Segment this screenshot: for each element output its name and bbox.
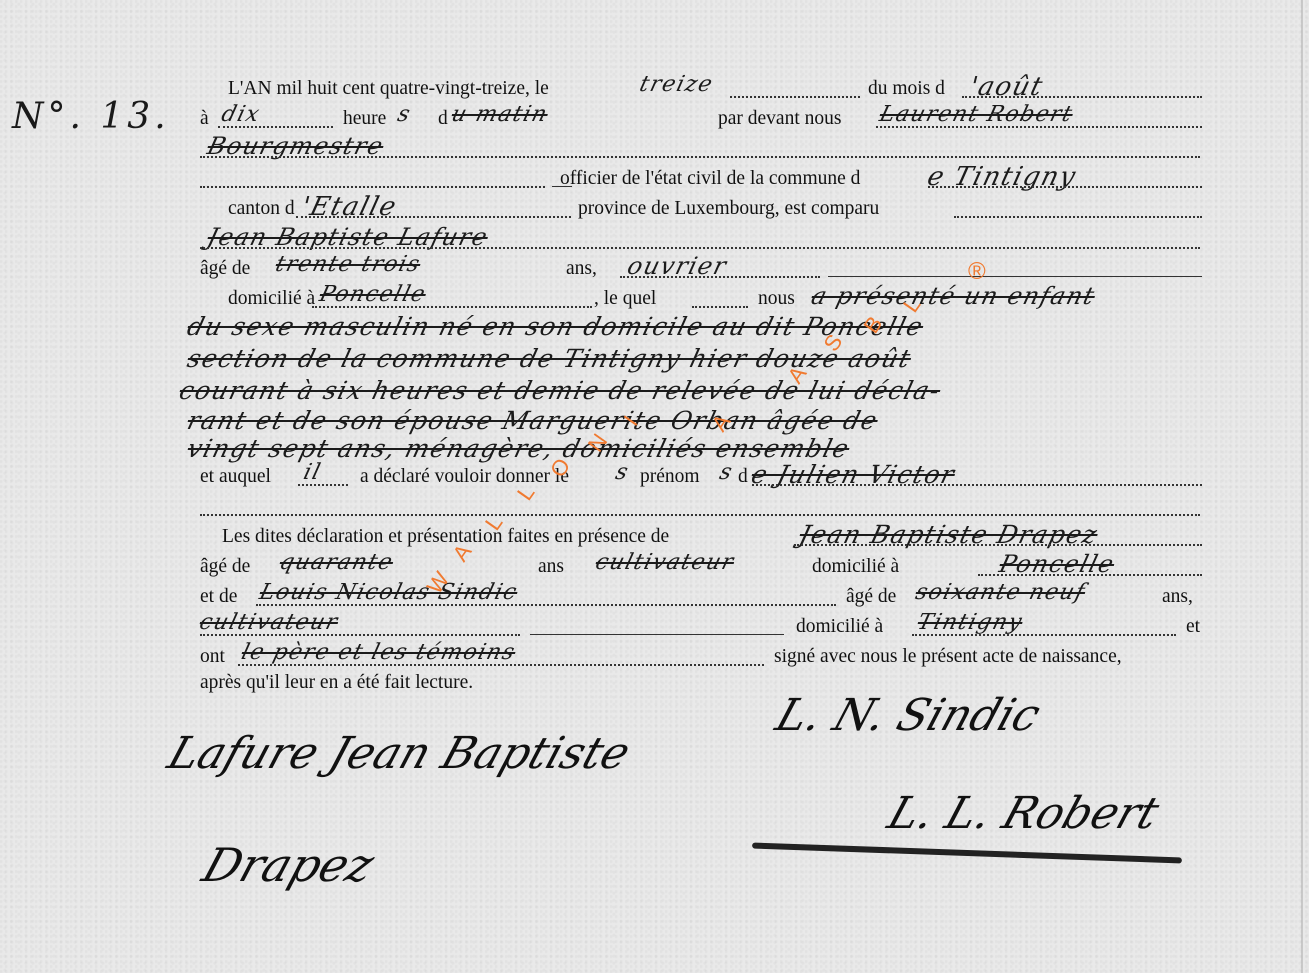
line-witness2-domicile: cultivateur domicilié à Tintigny et — [200, 612, 1205, 642]
handwritten-witness2-profession: cultivateur — [197, 610, 341, 635]
dotted-rule — [312, 306, 592, 308]
printed-text: a déclaré vouloir donner le — [360, 466, 569, 488]
birth-certificate-page: N°. 13. L'AN mil huit cent quatre-vingt-… — [0, 0, 1309, 973]
dotted-rule — [296, 216, 571, 218]
handwritten-period: u matin — [449, 102, 551, 127]
printed-text: domicilié à — [796, 616, 883, 638]
line-reading: après qu'il leur en a été fait lecture. — [200, 668, 1205, 698]
line-given-names: et auquel il a déclaré vouloir donner le… — [200, 462, 1205, 492]
printed-text: L'AN mil huit cent quatre-vingt-treize, … — [228, 78, 549, 100]
handwritten-text: a présenté un enfant — [809, 282, 1099, 310]
line-body-2: section de la commune de Tintigny hier d… — [200, 346, 1205, 376]
dotted-rule — [752, 484, 1202, 486]
printed-text: nous — [758, 288, 795, 310]
printed-text: officier de l'état civil de la commune d — [560, 168, 860, 190]
dotted-rule — [200, 514, 1200, 516]
handwritten-officer-name: Laurent Robert — [877, 102, 1076, 127]
dotted-rule — [298, 484, 348, 486]
handwritten-witness2-age: soixante neuf — [913, 580, 1088, 605]
printed-text: ans, — [566, 258, 597, 280]
line-body-3: courant à six heures et demie de relevée… — [200, 378, 1205, 408]
line-domicile: domicilié à Poncelle , le quel nous a pr… — [200, 284, 1205, 314]
signature-officer: L. L. Robert — [882, 788, 1165, 839]
dotted-rule — [730, 96, 860, 98]
dotted-rule — [978, 574, 1202, 576]
line-time-officer: à dix heure s d u matin par devant nous … — [200, 104, 1205, 134]
line-body-1: du sexe masculin né en son domicile au d… — [200, 314, 1205, 344]
line-canton: canton d 'Etalle province de Luxembourg,… — [200, 194, 1205, 224]
printed-text: Les dites déclaration et présentation fa… — [222, 526, 669, 548]
line-witnesses-intro: Les dites déclaration et présentation fa… — [200, 522, 1205, 552]
handwritten-pronoun: il — [301, 460, 324, 485]
handwritten-witness2-name: Louis Nicolas Sindic — [257, 580, 521, 605]
dotted-rule — [200, 634, 520, 636]
printed-text: canton d — [228, 198, 295, 220]
printed-text: d — [438, 108, 448, 130]
line-witness2: et de Louis Nicolas Sindic âgé de soixan… — [200, 582, 1205, 612]
rule — [828, 276, 1202, 277]
printed-text: par devant nous — [718, 108, 841, 130]
handwritten-text: s — [395, 102, 414, 127]
dotted-rule — [200, 186, 545, 188]
dotted-rule — [962, 96, 1202, 98]
printed-text: domicilié à — [228, 288, 315, 310]
signature-witness2: L. N. Sindic — [770, 690, 1047, 741]
dotted-rule — [928, 186, 1202, 188]
printed-text: et de — [200, 586, 237, 608]
dotted-rule — [200, 156, 1200, 158]
printed-text: prénom — [640, 466, 700, 488]
dotted-rule — [692, 306, 748, 308]
handwritten-domicile: Poncelle — [317, 282, 429, 307]
handwritten-witness1-age: quarante — [277, 550, 396, 575]
line-age-profession: âgé de trente trois ans, ouvrier — [200, 254, 1205, 284]
handwritten-hour: dix — [219, 102, 263, 127]
dotted-rule — [238, 664, 764, 666]
dotted-rule — [912, 634, 1176, 636]
printed-text: , le quel — [594, 288, 656, 310]
handwritten-text: s — [613, 460, 632, 485]
handwritten-signers: le père et les témoins — [239, 640, 519, 665]
handwritten-body: vingt sept ans, ménagère, domiciliés ens… — [184, 434, 853, 463]
dotted-rule — [876, 126, 1202, 128]
handwritten-age: trente trois — [273, 252, 424, 277]
dotted-rule — [200, 247, 1200, 249]
dotted-rule — [794, 544, 1202, 546]
printed-text: et — [1186, 616, 1200, 638]
signature-declarant: Lafure Jean Baptiste — [162, 728, 637, 779]
printed-text: ont — [200, 646, 225, 668]
watermark-registered-mark: ® — [968, 258, 986, 286]
printed-text: après qu'il leur en a été fait lecture. — [200, 672, 473, 694]
printed-text: âgé de — [200, 556, 250, 578]
signature-witness1: Drapez — [196, 838, 381, 892]
line-witness1: âgé de quarante ans cultivateur domicili… — [200, 552, 1205, 582]
handwritten-witness1-profession: cultivateur — [593, 550, 737, 575]
handwritten-body: section de la commune de Tintigny hier d… — [184, 344, 914, 373]
handwritten-body: courant à six heures et demie de relevée… — [176, 376, 943, 405]
printed-text: heure — [343, 108, 386, 130]
line-blank — [200, 492, 1205, 522]
rule — [530, 634, 784, 635]
handwritten-body: rant et de son épouse Marguerite Orban â… — [184, 406, 881, 435]
handwritten-text: s — [717, 460, 736, 485]
page-edge — [1301, 0, 1303, 973]
dotted-rule — [620, 276, 820, 278]
handwritten-witness2-domicile: Tintigny — [915, 610, 1026, 635]
dotted-rule — [218, 126, 333, 128]
dotted-rule — [256, 604, 836, 606]
printed-text: et auquel — [200, 466, 271, 488]
printed-text: signé avec nous le présent acte de naiss… — [774, 646, 1122, 668]
line-commune: officier de l'état civil de la commune d… — [200, 164, 1205, 194]
signature-flourish — [752, 842, 1182, 863]
printed-text: du mois d — [868, 78, 945, 100]
printed-text: d — [738, 466, 748, 488]
printed-text: province de Luxembourg, est comparu — [578, 198, 879, 220]
printed-text: ans — [538, 556, 564, 578]
printed-text: domicilié à — [812, 556, 899, 578]
printed-text: âgé de — [846, 586, 896, 608]
line-title: Bourgmestre — [200, 134, 1205, 164]
line-date: L'AN mil huit cent quatre-vingt-treize, … — [200, 74, 1205, 104]
line-declarant: Jean Baptiste Lafure — [200, 225, 1205, 255]
handwritten-body: du sexe masculin né en son domicile au d… — [184, 312, 926, 341]
printed-text: à — [200, 108, 209, 130]
handwritten-day: treize — [637, 72, 716, 97]
acte-number: N°. 13. — [12, 96, 170, 137]
dotted-rule — [954, 216, 1202, 218]
printed-text: âgé de — [200, 258, 250, 280]
printed-text: ans, — [1162, 586, 1193, 608]
